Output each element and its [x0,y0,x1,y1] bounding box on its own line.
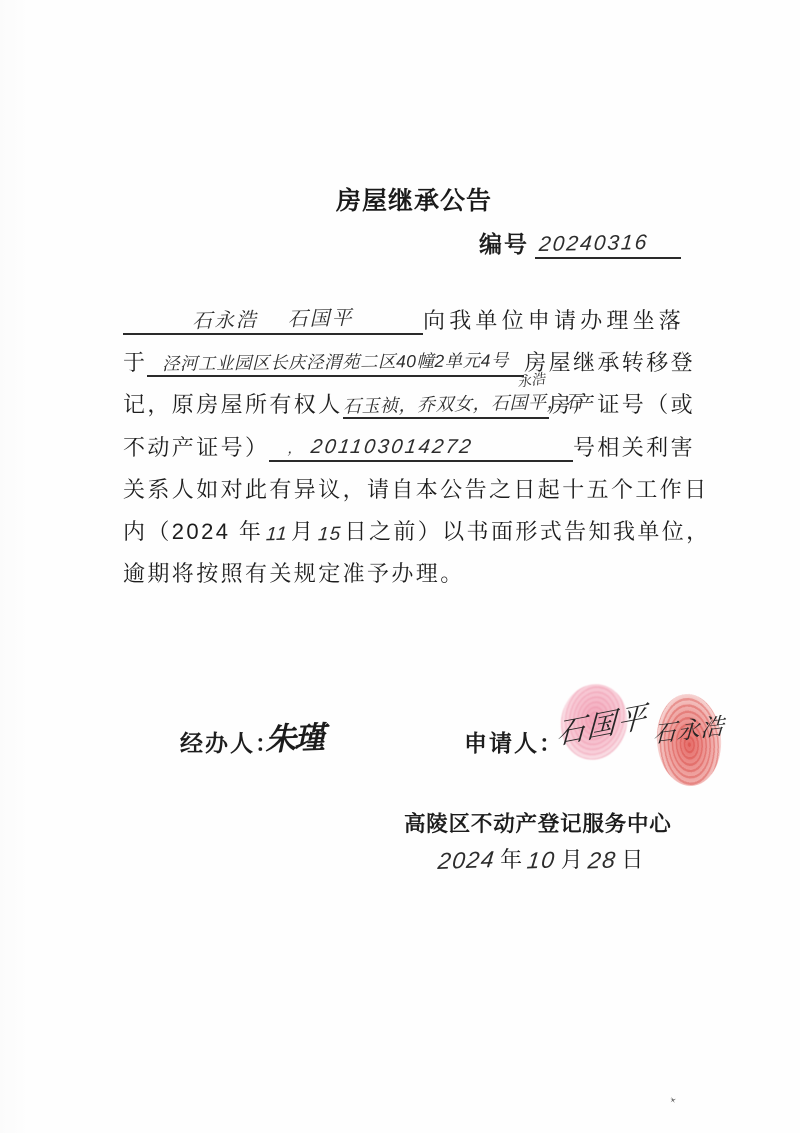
address-underline: 泾河工业园区长庆泾渭苑二区40幢2单元4号 [147,348,524,377]
body-line-2-prefix: 于 [123,346,147,377]
scan-artifact-speck [670,1097,676,1103]
owners-underline: 石玉祯，乔双女，石国平，石永浩 [343,390,549,419]
body-line-4: 不动产证号） ，201103014272 号相关利害 [123,436,695,462]
number-value-handwritten: 20240316 [538,231,650,257]
handler-signature-handwritten: 朱瑾 [264,712,324,759]
body-line-5-text: 关系人如对此有异议，请自本公告之日起十五个工作日 [123,473,709,504]
body-line-4-prefix: 不动产证号） [123,431,269,462]
certificate-underline: ，201103014272 [269,433,573,462]
address-handwritten: 泾河工业园区长庆泾渭苑二区40幢2单元4号 [162,347,509,376]
deadline-month-handwritten: 11 [263,523,292,546]
body-line-7: 逾期将按照有关规定准予办理。 [123,562,695,588]
date-year-handwritten: 2024 [437,846,497,875]
certificate-number-handwritten: 201103014272 [310,436,475,459]
body-line-3-prefix: 记，原房屋所有权人 [123,388,343,419]
body-line-3: 记，原房屋所有权人 石玉祯，乔双女，石国平，石永浩 房产证号（或 [123,393,695,419]
body-line-6-part3: 日之前）以书面形式告知我单位， [345,515,711,546]
date-day-handwritten: 28 [586,846,617,874]
body-line-2: 于 泾河工业园区长庆泾渭苑二区40幢2单元4号 房屋继承转移登 [123,351,695,377]
date-month-label: 月 [561,843,583,874]
document-number-row: 编号 20240316 [479,226,681,259]
body-line-4-suffix: 号相关利害 [573,431,695,462]
document-title: 房屋继承公告 [336,181,492,217]
applicant-label: 申请人： [464,725,564,758]
body-line-6-part2: 月 [291,515,315,546]
body-line-1-text: 向我单位申请办理坐落 [423,304,685,335]
deadline-day-handwritten: 15 [315,523,346,546]
body-line-6: 内（2024 年 11 月 15 日之前）以书面形式告知我单位， [123,520,695,546]
date-year-label: 年 [500,843,522,874]
applicant-names-handwritten: 石永浩 石国平 [192,301,354,333]
owners-handwritten: 石玉祯，乔双女，石国平，石 [342,387,583,418]
body-line-2-suffix: 房屋继承转移登 [524,346,695,377]
owners-insertion-handwritten: 永浩 [515,368,546,392]
date-day-label: 日 [621,843,643,874]
date-month-handwritten: 10 [526,846,557,874]
scanned-document-page: 房屋继承公告 编号 20240316 石永浩 石国平 向我单位申请办理坐落 于 … [0,0,800,1133]
stray-pen-mark: ， [287,440,301,456]
issue-date-line: 2024 年 10 月 28 日 [438,843,643,874]
number-label: 编号 [479,226,529,259]
body-line-6-part1: 内（2024 年 [123,515,263,546]
body-line-5: 关系人如对此有异议，请自本公告之日起十五个工作日 [123,478,695,504]
applicant-names-underline: 石永浩 石国平 [123,303,423,335]
organization-name: 高陵区不动产登记服务中心 [404,807,672,838]
body-line-1: 石永浩 石国平 向我单位申请办理坐落 [123,309,695,335]
number-underline: 20240316 [535,232,681,259]
body-line-7-text: 逾期将按照有关规定准予办理。 [123,557,465,588]
